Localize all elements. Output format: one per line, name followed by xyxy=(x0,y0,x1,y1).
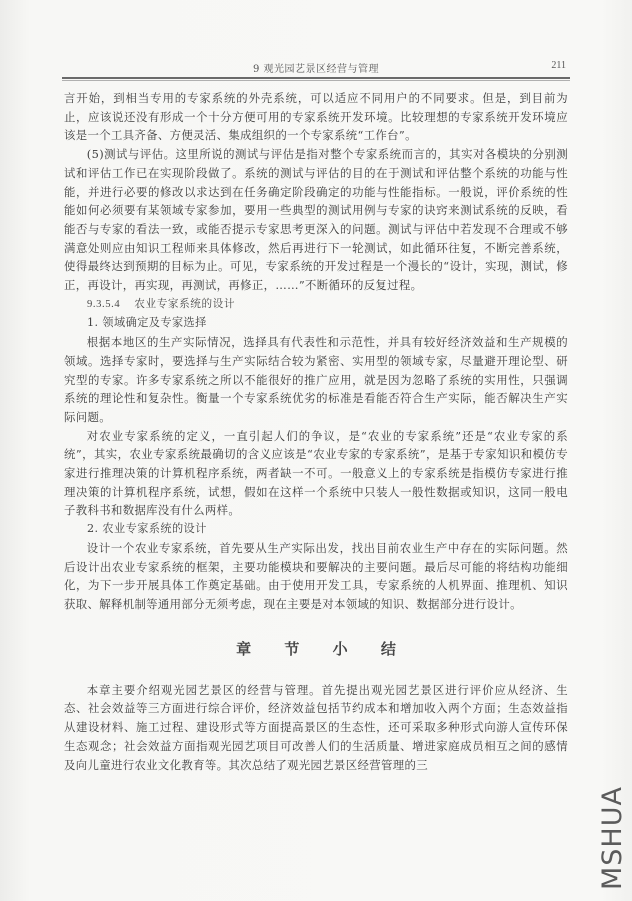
section-number: 9.3.5.4 xyxy=(87,299,120,310)
subheading-domain: 1. 领域确定及专家选择 xyxy=(64,314,568,333)
summary-title: 章 节 小 结 xyxy=(64,638,568,659)
section-title: 农业专家系统的设计 xyxy=(134,298,235,310)
subheading-design: 2. 农业专家系统的设计 xyxy=(64,520,568,539)
paragraph-testing: (5)测试与评估。这里所说的测试与评估是指对整个专家系统而言的，其实对各模块的分… xyxy=(64,145,568,295)
watermark: MSHUA xyxy=(597,786,628,890)
page-number: 211 xyxy=(551,60,566,71)
book-page: 9 观光园艺景区经营与管理 211 言开始，到相当专用的专家系统的外壳系统，可以… xyxy=(0,0,632,901)
running-head: 9 观光园艺景区经营与管理 211 xyxy=(62,59,570,75)
header-rule xyxy=(62,77,570,79)
header-rule-thin xyxy=(62,80,570,81)
paragraph-continued: 言开始，到相当专用的专家系统的外壳系统，可以适应不同用户的不同要求。但是，到目前… xyxy=(64,89,568,145)
paragraph-summary: 本章主要介绍观光园艺景区的经营与管理。首先提出观光园艺景区进行评价应从经济、生态… xyxy=(64,681,568,775)
paragraph-design: 设计一个农业专家系统，首先要从生产实际出发，找出目前农业生产中存在的实际问题。然… xyxy=(64,539,568,614)
section-heading: 9.3.5.4农业专家系统的设计 xyxy=(64,295,568,315)
chapter-title: 9 观光园艺景区经营与管理 xyxy=(62,60,570,75)
paragraph-definition: 对农业专家系统的定义，一直引起人们的争议，是“农业的专家系统”还是“农业专家的系… xyxy=(64,427,568,521)
paragraph-domain: 根据本地区的生产实际情况，选择具有代表性和示范性，并具有较好经济效益和生产规模的… xyxy=(64,333,568,427)
body-text: 言开始，到相当专用的专家系统的外壳系统，可以适应不同用户的不同要求。但是，到目前… xyxy=(64,89,568,774)
